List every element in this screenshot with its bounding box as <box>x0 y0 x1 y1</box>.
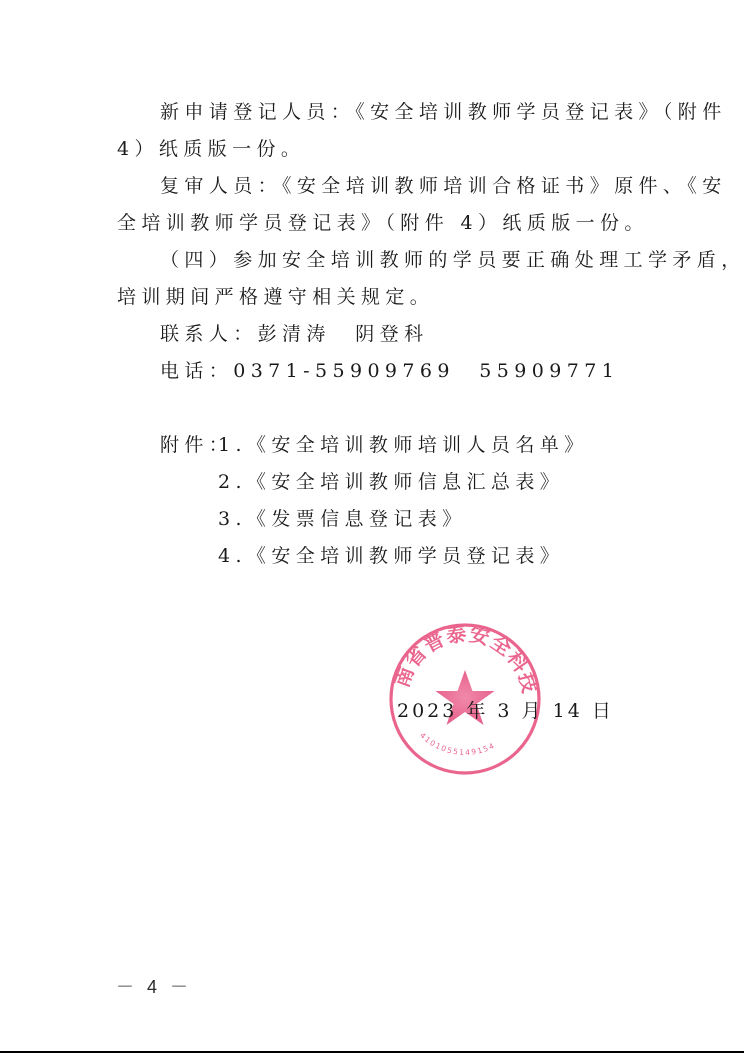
paragraph-review-line-2: 全培训教师学员登记表》（附件 4）纸质版一份。 <box>117 208 643 238</box>
attachment-item-3: 3.《发票信息登记表》 <box>218 504 638 534</box>
attachment-item-4: 4.《安全培训教师学员登记表》 <box>218 541 638 571</box>
paragraph-section-four-line-1: （四）参加安全培训教师的学员要正确处理工学矛盾， <box>160 245 686 275</box>
paragraph-new-applicants-line-2: 4）纸质版一份。 <box>117 134 643 164</box>
document-date: 2023 年 3 月 14 日 <box>397 696 614 726</box>
contact-phone: 电话：0371-55909769 55909771 <box>160 356 686 386</box>
document-page: 新申请登记人员：《安全培训教师学员登记表》（附件 4）纸质版一份。 复审人员：《… <box>0 0 744 1053</box>
svg-text:4101055149154: 4101055149154 <box>418 731 497 757</box>
attachment-item-2: 2.《安全培训教师信息汇总表》 <box>218 467 638 497</box>
paragraph-review-line-1: 复审人员：《安全培训教师培训合格证书》原件、《安 <box>160 171 686 201</box>
stamp-code-text: 4101055149154 <box>418 731 497 757</box>
attachments-label: 附件： <box>160 430 220 460</box>
page-number: － 4 － <box>116 972 192 1002</box>
contact-person: 联系人：彭清涛 阴登科 <box>160 319 686 349</box>
paragraph-section-four-line-2: 培训期间严格遵守相关规定。 <box>117 282 643 312</box>
attachment-item-1: 1.《安全培训教师培训人员名单》 <box>218 430 638 460</box>
paragraph-new-applicants-line-1: 新申请登记人员：《安全培训教师学员登记表》（附件 <box>160 97 686 127</box>
